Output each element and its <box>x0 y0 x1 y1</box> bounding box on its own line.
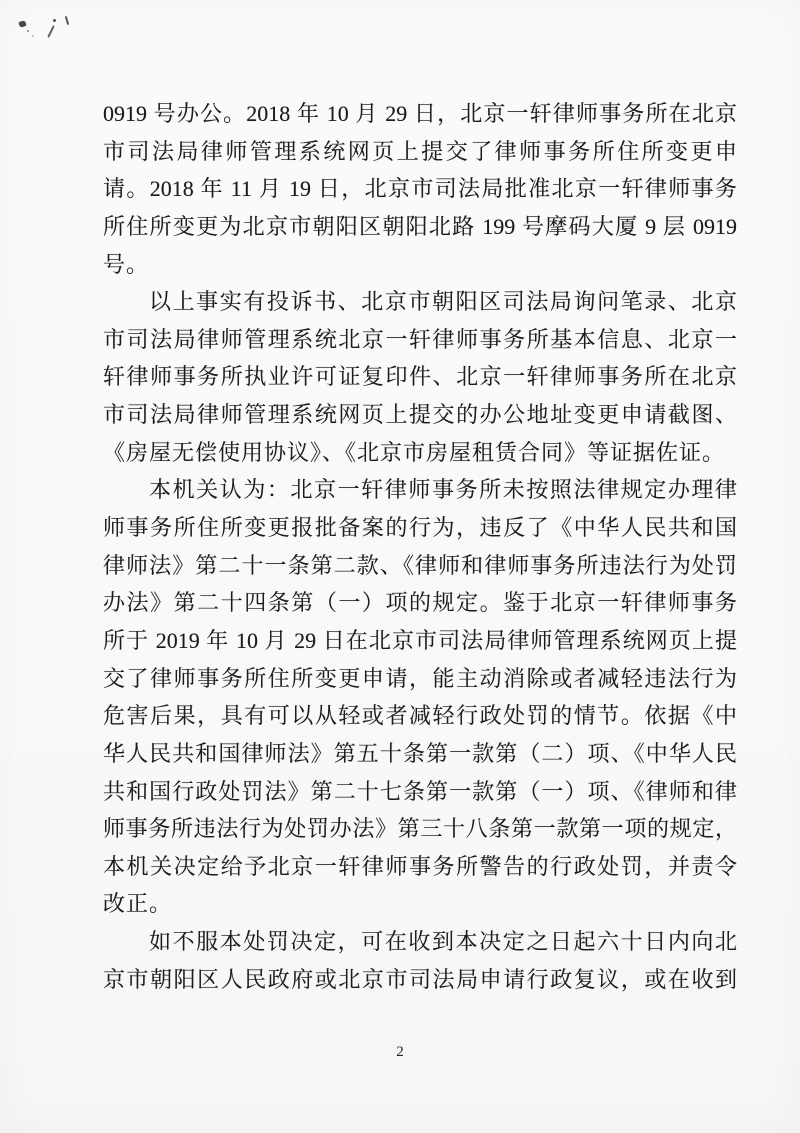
text-line: 轩律师事务所执业许可证复印件、北京一轩律师事务所在北京 <box>103 358 737 396</box>
text-line: 所于 2019 年 10 月 29 日在北京市司法局律师管理系统网页上提 <box>103 622 737 660</box>
page-number: 2 <box>0 1044 800 1061</box>
text-line: 京市朝阳区人民政府或北京市司法局申请行政复议，或在收到 <box>103 961 737 999</box>
text-line: 请。2018 年 11 月 19 日，北京市司法局批准北京一轩律师事务 <box>103 170 737 208</box>
text-line: 本机关认为：北京一轩律师事务所未按照法律规定办理律 <box>103 471 737 509</box>
text-line: 律师法》第二十一条第二款、《律师和律师事务所违法行为处罚 <box>103 547 737 585</box>
text-line: 如不服本处罚决定，可在收到本决定之日起六十日内向北 <box>103 923 737 961</box>
text-line: 号。 <box>103 246 737 284</box>
text-line: 共和国行政处罚法》第二十七条第一款第（一）项、《律师和律 <box>103 773 737 811</box>
text-line: 华人民共和国律师法》第五十条第一款第（二）项、《中华人民 <box>103 735 737 773</box>
text-line: 市司法局律师管理系统网页上提交的办公地址变更申请截图、 <box>103 396 737 434</box>
text-line: 师事务所违法行为处罚办法》第三十八条第一款第一项的规定， <box>103 810 737 848</box>
text-line: 《房屋无偿使用协议》、《北京市房屋租赁合同》等证据佐证。 <box>103 434 737 472</box>
pen-mark-icon <box>65 16 69 25</box>
document-body: 0919 号办公。2018 年 10 月 29 日，北京一轩律师事务所在北京市司… <box>103 95 737 998</box>
paragraph: 本机关认为：北京一轩律师事务所未按照法律规定办理律师事务所住所变更报批备案的行为… <box>103 471 737 923</box>
text-line: 改正。 <box>103 885 737 923</box>
text-line: 危害后果，具有可以从轻或者减轻行政处罚的情节。依据《中 <box>103 697 737 735</box>
pen-mark-icon <box>47 25 54 38</box>
text-line: 以上事实有投诉书、北京市朝阳区司法局询问笔录、北京 <box>103 283 737 321</box>
paragraph: 0919 号办公。2018 年 10 月 29 日，北京一轩律师事务所在北京市司… <box>103 95 737 283</box>
paragraph: 如不服本处罚决定，可在收到本决定之日起六十日内向北京市朝阳区人民政府或北京市司法… <box>103 923 737 998</box>
pen-mark-icon <box>53 19 56 22</box>
text-line: 交了律师事务所住所变更申请，能主动消除或者减轻违法行为 <box>103 660 737 698</box>
paragraph: 以上事实有投诉书、北京市朝阳区司法局询问笔录、北京市司法局律师管理系统北京一轩律… <box>103 283 737 471</box>
text-line: 本机关决定给予北京一轩律师事务所警告的行政处罚，并责令 <box>103 848 737 886</box>
text-line: 市司法局律师管理系统北京一轩律师事务所基本信息、北京一 <box>103 321 737 359</box>
pen-mark-icon <box>18 20 27 28</box>
text-line: 师事务所住所变更报批备案的行为，违反了《中华人民共和国 <box>103 509 737 547</box>
ink-speck-icon <box>27 30 29 32</box>
ink-speck-icon <box>32 35 34 37</box>
text-line: 所住所变更为北京市朝阳区朝阳北路 199 号摩码大厦 9 层 0919 <box>103 208 737 246</box>
text-line: 办法》第二十四条第（一）项的规定。鉴于北京一轩律师事务 <box>103 584 737 622</box>
text-line: 市司法局律师管理系统网页上提交了律师事务所住所变更申 <box>103 133 737 171</box>
scanned-page: 0919 号办公。2018 年 10 月 29 日，北京一轩律师事务所在北京市司… <box>0 0 800 1133</box>
text-line: 0919 号办公。2018 年 10 月 29 日，北京一轩律师事务所在北京 <box>103 95 737 133</box>
